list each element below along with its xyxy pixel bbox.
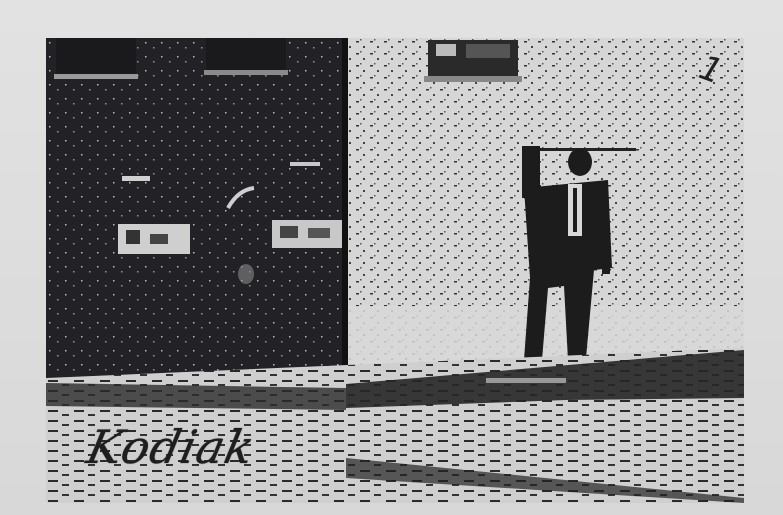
dark-building <box>46 38 348 383</box>
handwritten-caption: Kodiak <box>82 420 260 474</box>
